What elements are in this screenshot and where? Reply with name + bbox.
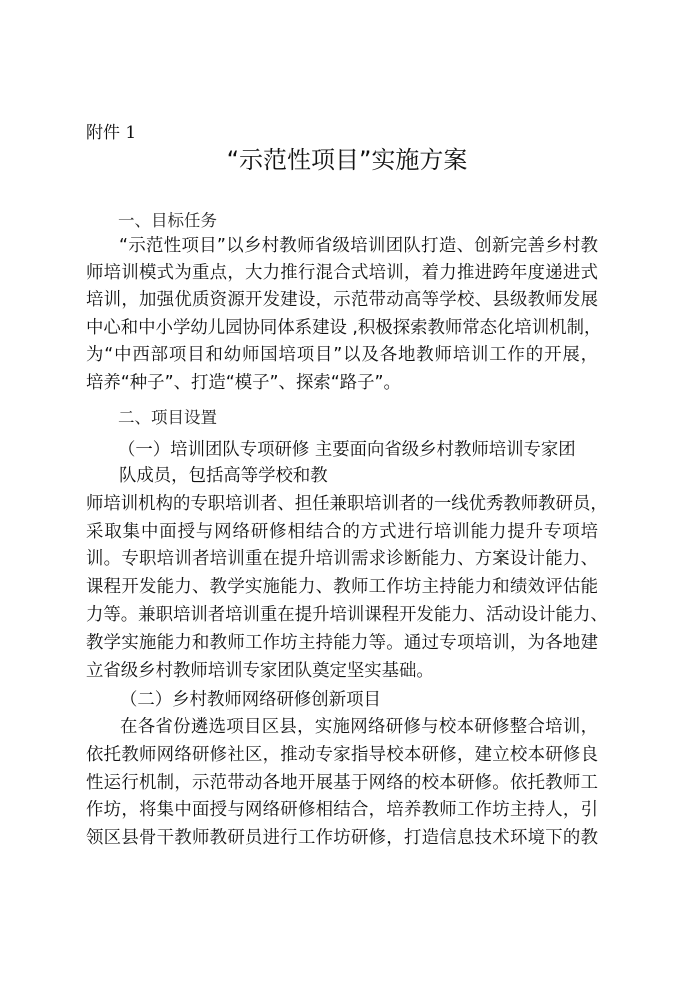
- paragraph-line: 培训，加强优质资源开发建设，示范带动高等学校、县级教师发展: [86, 289, 598, 311]
- paragraph-line: 领区县骨干教师教研员进行工作坊研修，打造信息技术环境下的教: [86, 827, 598, 849]
- paragraph-line: 采取集中面授与网络研修相结合的方式进行培训能力提升专项培: [86, 521, 598, 543]
- paragraph-line: “示范性项目”以乡村教师省级培训团队打造、创新完善乡村教: [119, 235, 598, 257]
- paragraph-line: 性运行机制，示范带动各地开展基于网络的校本研修。依托教师工: [86, 772, 598, 794]
- paragraph-line: 依托教师网络研修社区，推动专家指导校本研修，建立校本研修良: [86, 744, 598, 766]
- paragraph-line: 队成员，包括高等学校和教: [119, 465, 328, 487]
- attachment-label: 附件 1: [86, 122, 136, 144]
- subsection-heading-1: （一）培训团队专项研修 主要面向省级乡村教师培训专家团: [118, 439, 576, 461]
- title-text: “示范性项目”实施方案: [227, 145, 468, 175]
- paragraph-line: 培养“种子”、打造“模子”、探索“路子”。: [86, 372, 598, 394]
- section-heading-1: 一、目标任务: [118, 210, 217, 232]
- paragraph-line: 作坊，将集中面授与网络研修相结合，培养教师工作坊主持人，引: [86, 799, 598, 821]
- document-title: “示范性项目”实施方案: [0, 145, 700, 175]
- paragraph-line: 课程开发能力、教学实施能力、教师工作坊主持能力和绩效评估能: [86, 576, 598, 598]
- paragraph-line: 在各省份遴选项目区县，实施网络研修与校本研修整合培训，: [120, 716, 598, 738]
- paragraph-line: 力等。兼职培训者培训重在提升培训课程开发能力、活动设计能力、: [86, 604, 598, 626]
- paragraph-line: 为“中西部项目和幼师国培项目”以及各地教师培训工作的开展，: [86, 344, 598, 366]
- section-heading-2: 二、项目设置: [118, 407, 217, 429]
- paragraph-line: 中心和中小学幼儿园协同体系建设 ,积极探索教师常态化培训机制，: [86, 317, 598, 339]
- paragraph-line: 训。专职培训者培训重在提升培训需求诊断能力、方案设计能力、: [86, 548, 598, 570]
- paragraph-line: 立省级乡村教师培训专家团队奠定坚实基础。: [86, 660, 598, 682]
- paragraph-line: 师培训模式为重点，大力推行混合式培训，着力推进跨年度递进式: [86, 262, 598, 284]
- subsection-heading-2: （二）乡村教师网络研修创新项目: [120, 689, 381, 711]
- paragraph-line: 教学实施能力和教师工作坊主持能力等。通过专项培训，为各地建: [86, 632, 598, 654]
- paragraph-line: 师培训机构的专职培训者、担任兼职培训者的一线优秀教师教研员，: [86, 493, 598, 515]
